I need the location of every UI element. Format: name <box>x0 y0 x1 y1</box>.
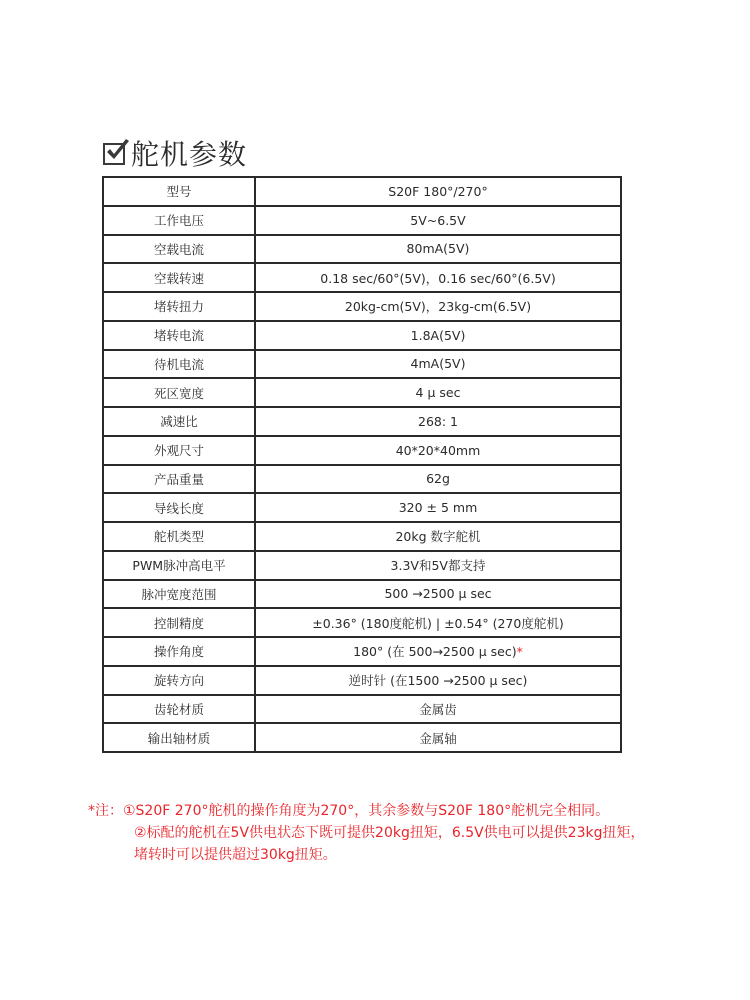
row-value-text: 180° (在 500→2500 μ sec) <box>353 644 516 659</box>
table-row: 外观尺寸 40*20*40mm <box>103 436 621 465</box>
table-row: 空载转速 0.18 sec/60°(5V)，0.16 sec/60°(6.5V) <box>103 263 621 292</box>
table-row: 堵转电流 1.8A(5V) <box>103 321 621 350</box>
row-label: 堵转电流 <box>103 321 255 350</box>
table-row: 输出轴材质 金属轴 <box>103 723 621 752</box>
row-label: 导线长度 <box>103 493 255 522</box>
table-row: 型号 S20F 180°/270° <box>103 177 621 206</box>
table-row: 空载电流 80mA(5V) <box>103 235 621 264</box>
row-value: ±0.36° (180度舵机) | ±0.54° (270度舵机) <box>255 608 621 637</box>
row-value: 3.3V和5V都支持 <box>255 551 621 580</box>
row-value: 4mA(5V) <box>255 350 621 379</box>
table-row: 控制精度 ±0.36° (180度舵机) | ±0.54° (270度舵机) <box>103 608 621 637</box>
row-label: 产品重量 <box>103 465 255 494</box>
row-label: 旋转方向 <box>103 666 255 695</box>
row-label: 工作电压 <box>103 206 255 235</box>
table-row: 待机电流 4mA(5V) <box>103 350 621 379</box>
row-label: 外观尺寸 <box>103 436 255 465</box>
spec-table: 型号 S20F 180°/270° 工作电压 5V~6.5V 空载电流 80mA… <box>102 176 622 753</box>
row-label: 舵机类型 <box>103 522 255 551</box>
row-value: 1.8A(5V) <box>255 321 621 350</box>
row-label: 控制精度 <box>103 608 255 637</box>
footnote-line-3: 堵转时可以提供超过30kg扭矩。 <box>88 844 748 866</box>
row-value: S20F 180°/270° <box>255 177 621 206</box>
table-row: 齿轮材质 金属齿 <box>103 695 621 724</box>
table-row: PWM脉冲高电平 3.3V和5V都支持 <box>103 551 621 580</box>
checkbox-checked-icon <box>103 143 125 165</box>
row-value: 40*20*40mm <box>255 436 621 465</box>
row-value: 20kg 数字舵机 <box>255 522 621 551</box>
row-label: 操作角度 <box>103 637 255 666</box>
section-title: 舵机参数 <box>103 133 247 173</box>
row-value: 金属齿 <box>255 695 621 724</box>
row-value: 320 ± 5 mm <box>255 493 621 522</box>
row-value: 268: 1 <box>255 407 621 436</box>
row-value: 180° (在 500→2500 μ sec)* <box>255 637 621 666</box>
table-row: 死区宽度 4 μ sec <box>103 378 621 407</box>
table-row: 减速比 268: 1 <box>103 407 621 436</box>
footnote: *注：①S20F 270°舵机的操作角度为270°，其余参数与S20F 180°… <box>88 800 748 866</box>
table-row: 导线长度 320 ± 5 mm <box>103 493 621 522</box>
row-label: 脉冲宽度范围 <box>103 580 255 609</box>
table-row: 堵转扭力 20kg-cm(5V)，23kg-cm(6.5V) <box>103 292 621 321</box>
row-value: 500 →2500 μ sec <box>255 580 621 609</box>
row-value: 80mA(5V) <box>255 235 621 264</box>
page-title: 舵机参数 <box>131 133 247 173</box>
table-row: 旋转方向 逆时针 (在1500 →2500 μ sec) <box>103 666 621 695</box>
row-value: 0.18 sec/60°(5V)，0.16 sec/60°(6.5V) <box>255 263 621 292</box>
row-label: 空载电流 <box>103 235 255 264</box>
row-label: 死区宽度 <box>103 378 255 407</box>
row-label: 齿轮材质 <box>103 695 255 724</box>
row-value: 5V~6.5V <box>255 206 621 235</box>
row-value: 逆时针 (在1500 →2500 μ sec) <box>255 666 621 695</box>
table-row: 工作电压 5V~6.5V <box>103 206 621 235</box>
footnote-line-2: ②标配的舵机在5V供电状态下既可提供20kg扭矩，6.5V供电可以提供23kg扭… <box>88 822 748 844</box>
table-row: 产品重量 62g <box>103 465 621 494</box>
row-label: PWM脉冲高电平 <box>103 551 255 580</box>
row-label: 输出轴材质 <box>103 723 255 752</box>
row-label: 空载转速 <box>103 263 255 292</box>
table-row: 操作角度 180° (在 500→2500 μ sec)* <box>103 637 621 666</box>
footnote-marker: * <box>517 644 523 659</box>
row-label: 待机电流 <box>103 350 255 379</box>
table-row: 脉冲宽度范围 500 →2500 μ sec <box>103 580 621 609</box>
table-row: 舵机类型 20kg 数字舵机 <box>103 522 621 551</box>
row-value: 4 μ sec <box>255 378 621 407</box>
row-value: 20kg-cm(5V)，23kg-cm(6.5V) <box>255 292 621 321</box>
row-label: 减速比 <box>103 407 255 436</box>
row-label: 堵转扭力 <box>103 292 255 321</box>
row-value: 金属轴 <box>255 723 621 752</box>
footnote-line-1: *注：①S20F 270°舵机的操作角度为270°，其余参数与S20F 180°… <box>88 800 748 822</box>
row-label: 型号 <box>103 177 255 206</box>
row-value: 62g <box>255 465 621 494</box>
